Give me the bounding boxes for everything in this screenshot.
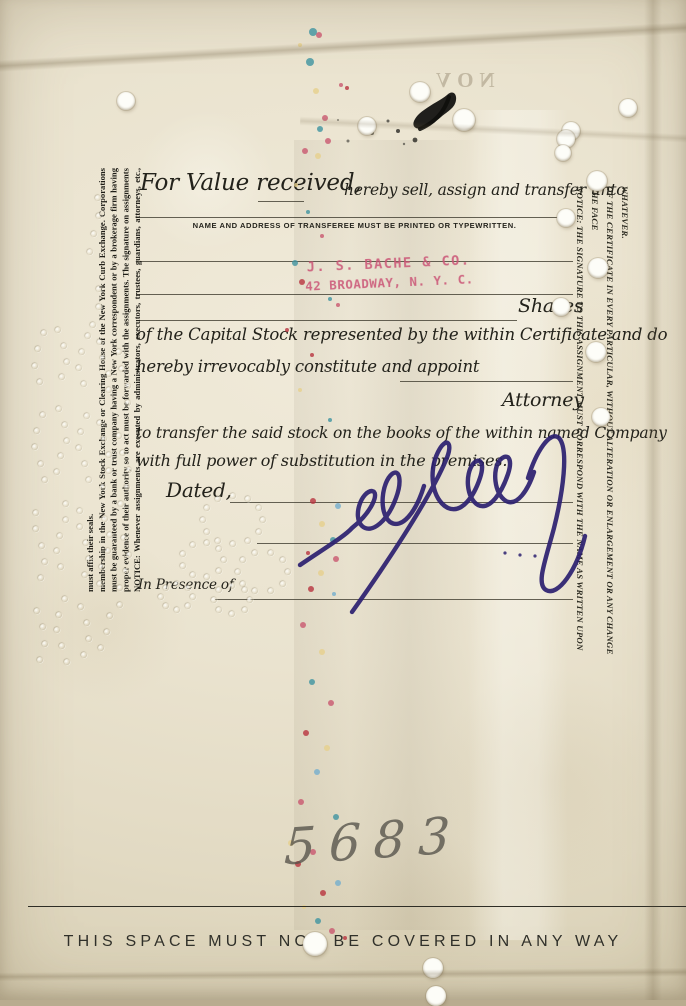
emboss-dot xyxy=(107,613,113,619)
paper-crease xyxy=(644,0,662,1000)
emboss-dot xyxy=(33,510,39,516)
confetti-dot xyxy=(298,43,302,47)
witness-blank-line xyxy=(215,599,573,600)
emboss-dot xyxy=(64,359,70,365)
punch-hole xyxy=(426,986,446,1000)
emboss-dot xyxy=(35,346,41,352)
paper-crease xyxy=(0,19,686,73)
witness-label: In Presence of xyxy=(138,577,234,593)
emboss-dot xyxy=(216,568,222,574)
emboss-dot xyxy=(285,569,291,575)
confetti-dot xyxy=(317,126,323,132)
paper-crease xyxy=(0,968,686,982)
emboss-dot xyxy=(235,569,241,575)
emboss-dot xyxy=(216,546,222,552)
emboss-dot xyxy=(280,581,286,587)
emboss-dot xyxy=(180,551,186,557)
emboss-dot xyxy=(37,657,43,663)
confetti-dot xyxy=(313,88,319,94)
emboss-dot xyxy=(242,587,248,593)
emboss-dot xyxy=(54,627,60,633)
emboss-dot xyxy=(247,597,253,603)
emboss-dot xyxy=(163,603,169,609)
right-notice-text: NOTICE: THE SIGNATURE TO THIS ASSIGNMENT… xyxy=(572,186,612,656)
emboss-dot xyxy=(81,652,87,658)
emboss-dot xyxy=(63,501,69,507)
emboss-dot xyxy=(78,604,84,610)
stock-certificate-back: NOV For Value received, hereby sell, ass… xyxy=(0,0,686,1000)
emboss-dot xyxy=(32,444,38,450)
emboss-dot xyxy=(42,641,48,647)
emboss-dot xyxy=(215,538,221,544)
emboss-dot xyxy=(38,575,44,581)
confetti-dot xyxy=(316,32,322,38)
emboss-dot xyxy=(38,461,44,467)
emboss-dot xyxy=(34,428,40,434)
emboss-dot xyxy=(174,607,180,613)
emboss-dot xyxy=(63,517,69,523)
confetti-dot xyxy=(309,28,317,36)
emboss-dot xyxy=(204,540,210,546)
emboss-dot xyxy=(77,508,83,514)
emboss-dot xyxy=(158,594,164,600)
emboss-dot xyxy=(98,645,104,651)
dated-label: Dated, xyxy=(166,478,232,502)
emboss-dot xyxy=(204,505,210,511)
punch-hole xyxy=(410,82,430,102)
emboss-dot xyxy=(245,538,251,544)
emboss-dot xyxy=(41,330,47,336)
punch-hole xyxy=(117,92,135,110)
emboss-dot xyxy=(76,365,82,371)
blank-line xyxy=(258,201,304,202)
attorney-blank-line xyxy=(400,381,573,382)
emboss-dot xyxy=(42,559,48,565)
emboss-dot xyxy=(280,557,286,563)
emboss-dot xyxy=(56,406,62,412)
punch-hole xyxy=(423,958,443,978)
emboss-dot xyxy=(78,429,84,435)
emboss-dot xyxy=(190,542,196,548)
emboss-dot xyxy=(57,533,63,539)
emboss-dot xyxy=(117,602,123,608)
light-paper-band xyxy=(468,110,568,940)
bottom-border-rule xyxy=(28,906,686,907)
substitution-line: with full power of substitution in the p… xyxy=(136,451,507,470)
punch-hole xyxy=(358,117,376,135)
emboss-dot xyxy=(229,611,235,617)
emboss-dot xyxy=(230,541,236,547)
fill-line xyxy=(136,217,573,218)
emboss-dot xyxy=(40,624,46,630)
emboss-dot xyxy=(240,581,246,587)
emboss-dot xyxy=(221,557,227,563)
emboss-dot xyxy=(268,588,274,594)
emboss-dot xyxy=(33,526,39,532)
emboss-dot xyxy=(252,550,258,556)
emboss-dot xyxy=(61,343,67,349)
emboss-dot xyxy=(40,412,46,418)
fill-line xyxy=(136,294,573,295)
confetti-dot xyxy=(345,86,349,90)
right-notice-line-1: NOTICE: THE SIGNATURE TO THIS ASSIGNMENT… xyxy=(572,186,602,656)
emboss-dot xyxy=(56,612,62,618)
emboss-dot xyxy=(34,608,40,614)
emboss-dot xyxy=(64,438,70,444)
emboss-dot xyxy=(204,529,210,535)
emboss-dot xyxy=(32,363,38,369)
emboss-dot xyxy=(54,469,60,475)
right-notice-line-2: OF THE CERTIFICATE IN EVERY PARTICULAR, … xyxy=(602,186,632,656)
emboss-dot xyxy=(55,327,61,333)
emboss-dot xyxy=(260,517,266,523)
emboss-dot xyxy=(211,597,217,603)
emboss-dot xyxy=(180,563,186,569)
emboss-dot xyxy=(62,422,68,428)
ghost-bleed-text: NOV xyxy=(430,68,495,93)
emboss-dot xyxy=(268,550,274,556)
signature-line xyxy=(257,543,573,544)
bottom-warning-text: THIS SPACE MUST NOT BE COVERED IN ANY WA… xyxy=(0,933,686,951)
punch-hole xyxy=(619,99,637,117)
confetti-dot xyxy=(322,115,328,121)
confetti-dot xyxy=(339,83,343,87)
emboss-dot xyxy=(59,374,65,380)
emboss-dot xyxy=(77,524,83,530)
emboss-dot xyxy=(84,620,90,626)
dated-blank-line xyxy=(230,502,573,503)
left-notice-text: NOTICE: Whenever assignments are execute… xyxy=(84,168,144,592)
fill-line xyxy=(136,320,517,321)
emboss-dot xyxy=(256,529,262,535)
emboss-dot xyxy=(37,379,43,385)
emboss-dot xyxy=(190,594,196,600)
emboss-dot xyxy=(54,548,60,554)
emboss-dot xyxy=(64,659,70,665)
value-received-script: For Value received, xyxy=(140,170,361,196)
emboss-dot xyxy=(59,643,65,649)
emboss-dot xyxy=(76,445,82,451)
emboss-dot xyxy=(256,505,262,511)
emboss-dot xyxy=(242,607,248,613)
emboss-dot xyxy=(240,557,246,563)
emboss-dot xyxy=(42,477,48,483)
emboss-dot xyxy=(86,636,92,642)
emboss-dot xyxy=(252,588,258,594)
transferee-caption: NAME AND ADDRESS OF TRANSFEREE MUST BE P… xyxy=(136,221,573,230)
confetti-dot xyxy=(306,58,314,66)
emboss-dot xyxy=(200,517,206,523)
emboss-dot xyxy=(216,607,222,613)
emboss-dot xyxy=(104,629,110,635)
emboss-dot xyxy=(58,453,64,459)
constitute-line: hereby irrevocably constitute and appoin… xyxy=(136,357,479,376)
emboss-dot xyxy=(185,603,191,609)
emboss-dot xyxy=(39,543,45,549)
emboss-dot xyxy=(62,596,68,602)
emboss-dot xyxy=(58,564,64,570)
